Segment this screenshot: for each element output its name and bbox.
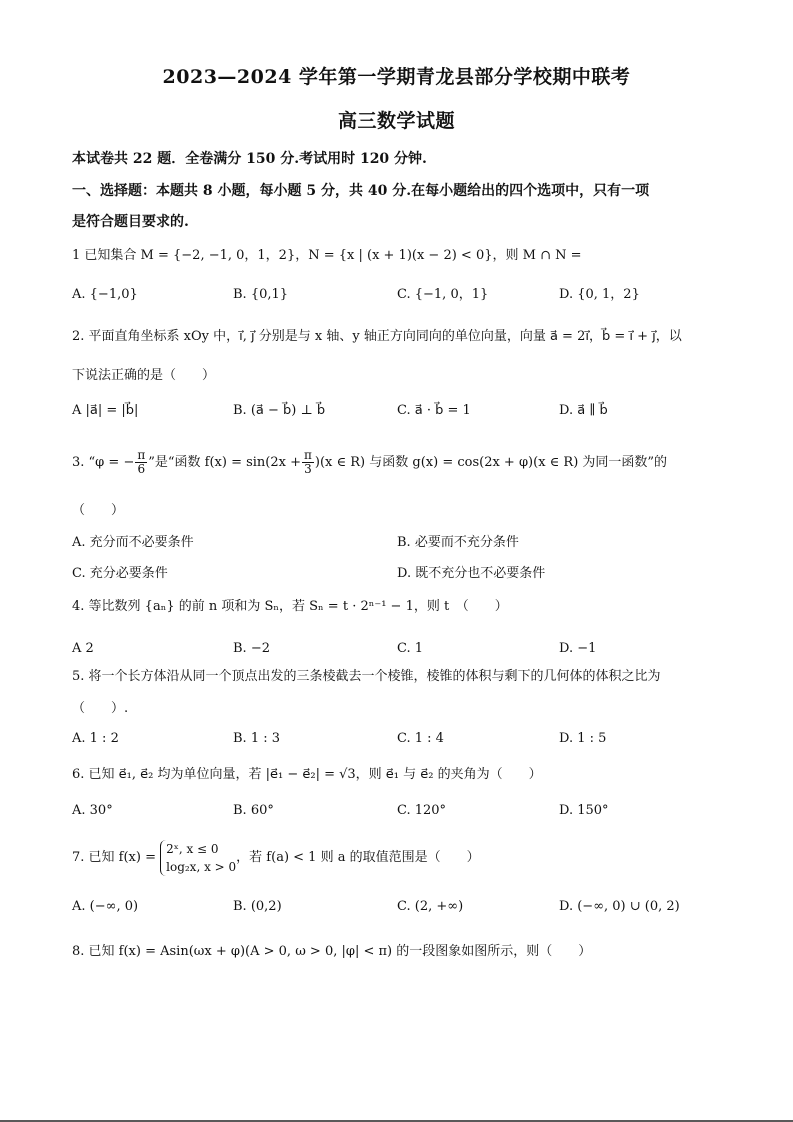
exam-title: 2023—2024 学年第一学期青龙县部分学校期中联考	[0, 62, 793, 89]
piecewise-function: 2ˣ, x ≤ 0log₂x, x > 0	[160, 840, 236, 876]
question-2-option-c[interactable]: C. a⃗ · b⃗ = 1	[397, 403, 471, 419]
question-7-option-d[interactable]: D. (−∞, 0) ∪ (0, 2)	[559, 899, 680, 915]
question-3-stem-prefix: 3. “φ = −	[72, 455, 134, 470]
question-5-option-a[interactable]: A. 1 : 2	[72, 731, 119, 747]
piece-1: 2ˣ, x ≤ 0	[166, 840, 236, 858]
question-5-stem-line1: 5. 将一个长方体沿从同一个顶点出发的三条棱截去一个棱锥，棱锥的体积与剩下的几何…	[72, 669, 661, 685]
question-2-option-a[interactable]: A |a⃗| = |b⃗|	[72, 403, 138, 419]
question-2-option-b[interactable]: B. (a⃗ − b⃗) ⊥ b⃗	[233, 403, 325, 419]
piece-2: log₂x, x > 0	[166, 858, 236, 876]
question-6-option-a[interactable]: A. 30°	[72, 803, 113, 819]
question-4-option-c[interactable]: C. 1	[397, 641, 423, 657]
question-3-option-d[interactable]: D. 既不充分也不必要条件	[397, 566, 545, 582]
question-3-stem-mid: ”是“函数 f(x) = sin(2x +	[148, 455, 301, 470]
question-3-stem-line2: （ ）	[72, 503, 124, 519]
question-5-option-c[interactable]: C. 1 : 4	[397, 731, 444, 747]
question-6-option-b[interactable]: B. 60°	[233, 803, 274, 819]
question-7-option-a[interactable]: A. (−∞, 0)	[72, 899, 138, 915]
question-3-option-c[interactable]: C. 充分必要条件	[72, 566, 168, 582]
exam-page: 2023—2024 学年第一学期青龙县部分学校期中联考 高三数学试题 本试卷共 …	[0, 0, 793, 1122]
fraction-pi-over-3: π3	[302, 449, 314, 476]
question-4-option-d[interactable]: D. −1	[559, 641, 596, 657]
question-4-option-b[interactable]: B. −2	[233, 641, 270, 657]
question-6-option-c[interactable]: C. 120°	[397, 803, 446, 819]
question-7-stem-suffix: ，若 f(a) < 1 则 a 的取值范围是（ ）	[236, 850, 479, 865]
question-2-stem-line2: 下说法正确的是（ ）	[72, 368, 215, 384]
section-heading-line2: 是符合题目要求的.	[72, 214, 189, 230]
question-3-stem-line1: 3. “φ = −π6”是“函数 f(x) = sin(2x +π3)(x ∈ …	[72, 448, 667, 478]
question-7-stem: 7. 已知 f(x) = 2ˣ, x ≤ 0log₂x, x > 0，若 f(a…	[72, 836, 480, 880]
question-7-option-c[interactable]: C. (2, +∞)	[397, 899, 463, 915]
question-1-option-c[interactable]: C. {−1, 0，1}	[397, 287, 488, 303]
question-2-option-d[interactable]: D. a⃗ ∥ b⃗	[559, 403, 608, 419]
question-1-option-d[interactable]: D. {0, 1，2}	[559, 287, 640, 303]
question-8-stem: 8. 已知 f(x) = Asin(ωx + φ)(A > 0, ω > 0, …	[72, 944, 591, 960]
question-7-option-b[interactable]: B. (0,2)	[233, 899, 282, 915]
exam-subtitle: 高三数学试题	[0, 106, 793, 133]
question-1-option-a[interactable]: A. {−1,0}	[72, 287, 138, 303]
question-4-option-a[interactable]: A 2	[72, 641, 94, 657]
exam-summary: 本试卷共 22 题．全卷满分 150 分.考试用时 120 分钟.	[72, 151, 427, 167]
question-7-stem-prefix: 7. 已知 f(x) =	[72, 850, 156, 865]
question-3-option-b[interactable]: B. 必要而不充分条件	[397, 535, 519, 551]
question-3-option-a[interactable]: A. 充分而不必要条件	[72, 535, 194, 551]
question-6-stem: 6. 已知 e⃗₁, e⃗₂ 均为单位向量，若 |e⃗₁ − e⃗₂| = √3…	[72, 767, 542, 783]
section-heading-line1: 一、选择题：本题共 8 小题，每小题 5 分，共 40 分.在每小题给出的四个选…	[72, 183, 649, 199]
question-2-stem-line1: 2. 平面直角坐标系 xOy 中，i⃗, j⃗ 分别是与 x 轴、y 轴正方向同…	[72, 329, 682, 345]
question-3-stem-suffix: )(x ∈ R) 与函数 g(x) = cos(2x + φ)(x ∈ R) 为…	[315, 455, 667, 470]
question-6-option-d[interactable]: D. 150°	[559, 803, 609, 819]
question-5-option-b[interactable]: B. 1 : 3	[233, 731, 280, 747]
question-5-option-d[interactable]: D. 1 : 5	[559, 731, 606, 747]
fraction-pi-over-6: π6	[135, 449, 147, 476]
question-5-stem-line2: （ ）.	[72, 701, 128, 717]
question-4-stem: 4. 等比数列 {aₙ} 的前 n 项和为 Sₙ，若 Sₙ = t · 2ⁿ⁻¹…	[72, 599, 508, 615]
question-1-option-b[interactable]: B. {0,1}	[233, 287, 288, 303]
question-1-stem: 1 已知集合 M = {−2, −1, 0，1，2}，N = {x | (x +…	[72, 248, 582, 264]
